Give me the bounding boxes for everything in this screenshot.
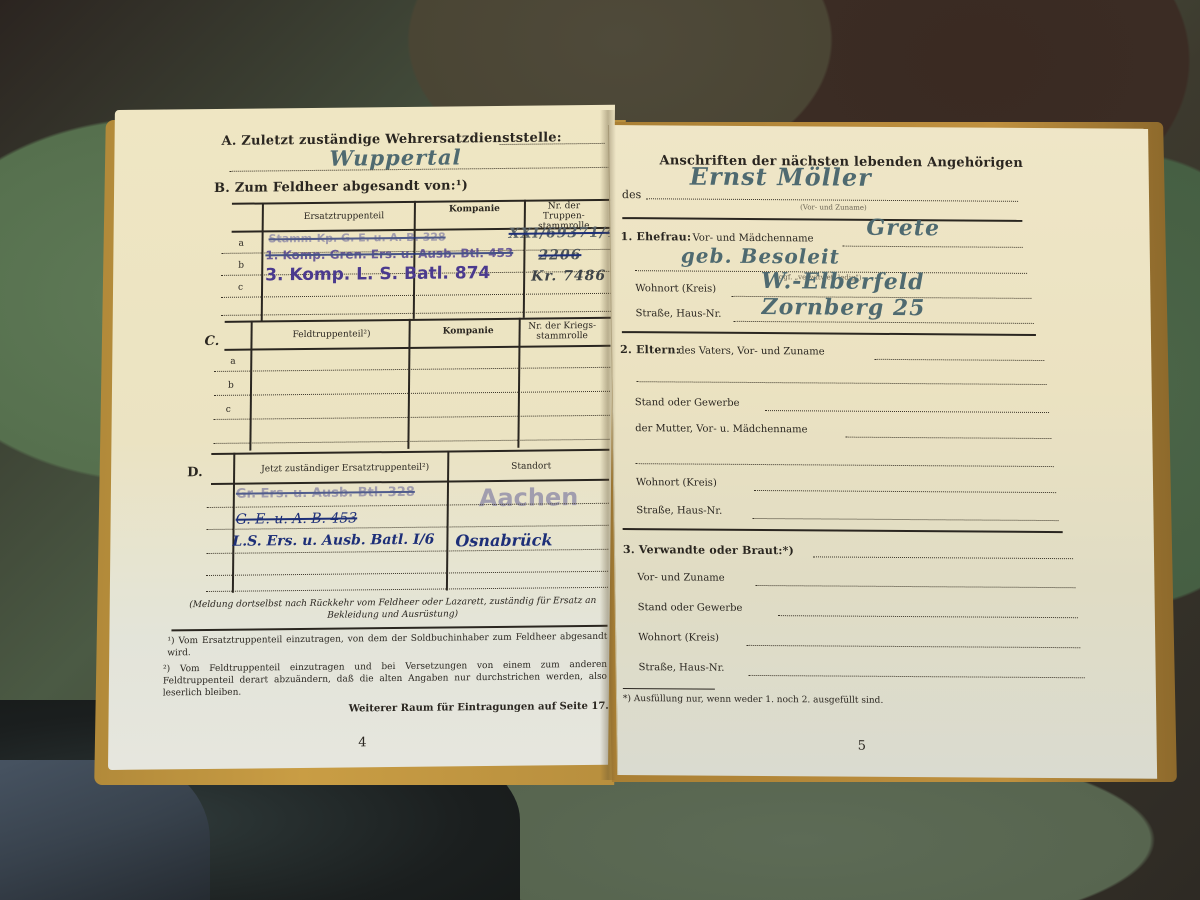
entry-d-1-location: Aachen [479, 483, 579, 512]
spouse-street-value: Zornberg 25 [761, 294, 925, 321]
table-vrule [232, 453, 235, 593]
spouse-street-label: Straße, Haus-Nr. [636, 308, 722, 320]
col-header-kompanie: Kompanie [449, 204, 500, 215]
table-vrule [517, 318, 520, 448]
dotted-line [206, 571, 608, 576]
des-label: des [622, 188, 641, 201]
table-vrule [407, 319, 410, 449]
section-d-note: (Meldung dortselbst nach Rückkehr vom Fe… [178, 595, 608, 624]
parents-occupation-label: Stand oder Gewerbe [635, 397, 740, 409]
entry-b-c-nr: Kr. 7486 [531, 268, 606, 285]
entry-b-c-unit: 3. Komp. L. S. Batl. 874 [265, 263, 490, 285]
row-letter-c: c [238, 283, 243, 293]
spouse-maiden-value: geb. Besoleit [681, 243, 840, 268]
footnote-2: ²) Vom Feldtruppenteil einzutragen und b… [163, 659, 607, 700]
entry-b-a-unit: Stamm-Kp. G. E. u. A. B. 328 [269, 231, 446, 246]
entry-b-b-unit: 1. Komp. Gren. Ers. u. Ausb. Btl. 453 [265, 246, 513, 263]
page-number-4: 4 [358, 735, 366, 750]
dotted-line [843, 246, 1023, 248]
parents-street-label: Straße, Haus-Nr. [636, 505, 722, 517]
dotted-line [755, 585, 1075, 588]
table-vrule [261, 202, 264, 320]
page-4: A. Zuletzt zuständige Wehrersatzdienstst… [108, 105, 615, 770]
dotted-line [746, 645, 1080, 648]
col-header-feldtruppenteil: Feldtruppenteil²) [293, 329, 371, 340]
spouse-name-value: Grete [866, 215, 940, 242]
entry-d-1-unit: Gr. Ers. u. Ausb. Btl. 328 [236, 485, 415, 502]
page-number-5: 5 [858, 739, 866, 754]
soldbuch: A. Zuletzt zuständige Wehrersatzdienstst… [100, 110, 1170, 785]
dotted-line [213, 439, 609, 444]
spouse-residence-value: W.-Elberfeld [761, 268, 925, 295]
row-letter-b: b [228, 381, 234, 391]
table-rule [211, 449, 609, 455]
spouse-label: 1. Ehefrau: [620, 230, 691, 243]
dotted-line [778, 615, 1078, 618]
dotted-line [221, 293, 611, 298]
col-header-ersatztruppenteil: Ersatztruppenteil [304, 211, 384, 222]
relatives-footnote: *) Ausfüllung nur, wenn weder 1. noch 2.… [623, 694, 883, 706]
relatives-street-label: Straße, Haus-Nr. [639, 662, 725, 674]
section-rule [622, 217, 1022, 221]
father-label: des Vaters, Vor- und Zuname [678, 345, 825, 357]
parents-residence-label: Wohnort (Kreis) [636, 477, 717, 489]
table-vrule [446, 450, 449, 590]
entry-b-b-nr: 2206 [538, 247, 581, 263]
table-vrule [523, 200, 526, 318]
dotted-line [214, 391, 610, 396]
col-header-kompanie-c: Kompanie [443, 326, 494, 337]
relatives-occupation-label: Stand oder Gewerbe [638, 602, 743, 614]
parents-label: 2. Eltern: [620, 343, 680, 356]
col-header-standort: Standort [511, 461, 551, 471]
table-vrule [249, 321, 252, 451]
soldier-name: Ernst Möller [690, 162, 872, 192]
dotted-line [845, 437, 1051, 439]
des-hint: (Vor- und Zuname) [800, 203, 867, 211]
section-d-label: D. [187, 465, 203, 480]
dotted-line [734, 321, 1034, 324]
dotted-line [214, 367, 610, 372]
row-letter-c: c [226, 405, 231, 415]
section-rule [622, 331, 1036, 335]
entry-d-3-unit: L.S. Ers. u. Ausb. Batl. I/6 [232, 532, 434, 550]
dotted-line [646, 198, 1018, 202]
section-rule [623, 528, 1063, 533]
footnote-rule [623, 688, 715, 690]
relatives-residence-label: Wohnort (Kreis) [638, 632, 719, 644]
section-b-label: B. Zum Feldheer abgesandt von:¹) [214, 178, 468, 196]
footnote-1: ¹) Vom Ersatztruppenteil einzutragen, vo… [167, 631, 607, 660]
section-c-label: C. [204, 334, 219, 349]
dotted-line [754, 490, 1056, 493]
dotted-line [221, 311, 611, 316]
dotted-line [813, 556, 1073, 559]
further-space-note: Weiterer Raum für Eintragungen auf Seite… [349, 701, 609, 715]
dotted-line [749, 675, 1085, 678]
spouse-residence-label: Wohnort (Kreis) [635, 283, 716, 295]
dotted-line [636, 463, 1054, 467]
dotted-line [637, 381, 1047, 385]
dotted-line [765, 410, 1049, 413]
col-header-kriegsstammrolle: Nr. der Kriegs-stammrolle [525, 321, 600, 342]
footnote-rule [171, 625, 607, 631]
col-header-jetzt-zustaendig: Jetzt zuständiger Ersatztruppenteil²) [261, 463, 429, 475]
row-letter-a: a [238, 239, 243, 249]
dotted-line [206, 549, 608, 554]
dotted-line [874, 359, 1044, 361]
dotted-line [752, 518, 1058, 521]
page-5: Anschriften der nächsten lebenden Angehö… [608, 125, 1157, 779]
dotted-line [214, 415, 610, 420]
section-a-value: Wuppertal [329, 144, 461, 170]
mother-label: der Mutter, Vor- u. Mädchenname [635, 423, 807, 435]
entry-d-3-location: Osnabrück [455, 530, 552, 550]
entry-d-2-unit: G. E. u. A. B. 453 [236, 510, 358, 527]
relatives-label: 3. Verwandte oder Braut:*) [623, 543, 794, 557]
table-rule [224, 345, 610, 351]
row-letter-a: a [230, 357, 235, 367]
dotted-line [206, 587, 608, 592]
spouse-name-label: Vor- und Mädchenname [693, 233, 814, 245]
relatives-name-label: Vor- und Zuname [637, 572, 724, 584]
row-letter-b: b [238, 261, 244, 271]
